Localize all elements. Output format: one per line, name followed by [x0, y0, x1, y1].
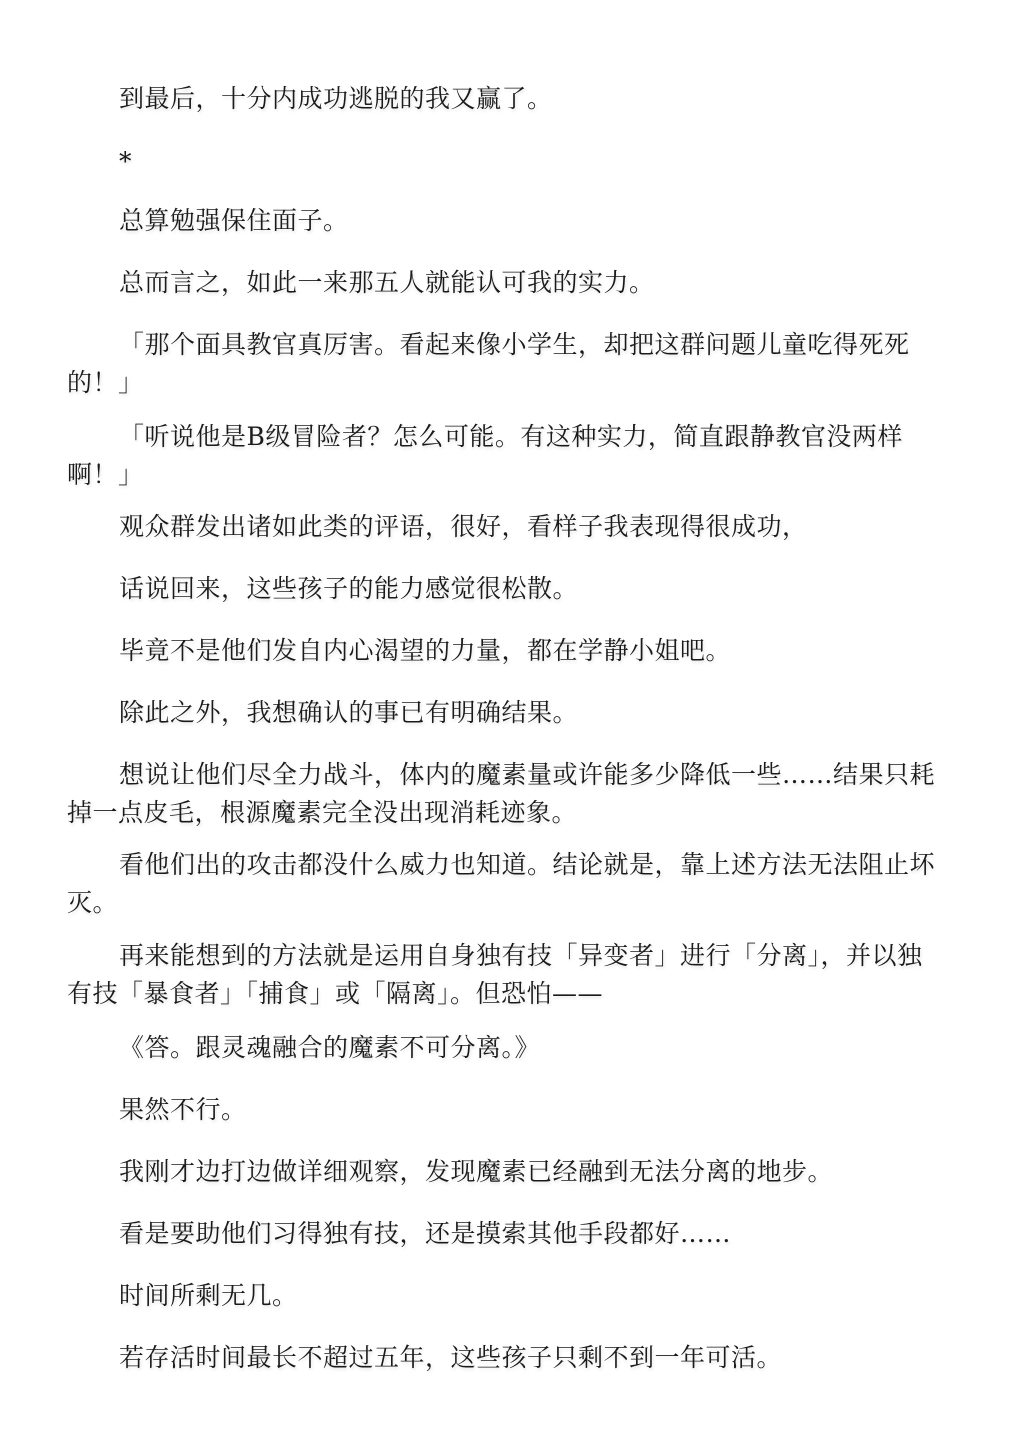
paragraph-13: 看是要助他们习得独有技，还是摸索其他手段都好…… — [67, 1215, 947, 1253]
paragraph-9: 看他们出的攻击都没什么威力也知道。结论就是，靠上述方法无法阻止坏灭。 — [67, 846, 947, 922]
paragraph-6: 毕竟不是他们发自内心渴望的力量，都在学静小姐吧。 — [67, 632, 947, 670]
paragraph-2: 总算勉强保住面子。 — [67, 202, 947, 240]
document-page: 到最后，十分内成功逃脱的我又赢了。 * 总算勉强保住面子。 总而言之，如此一来那… — [0, 0, 1017, 1437]
paragraph-11: 果然不行。 — [67, 1091, 947, 1129]
paragraph-5: 话说回来，这些孩子的能力感觉很松散。 — [67, 570, 947, 608]
dialogue-2: 「听说他是B级冒险者？怎么可能。有这种实力，简直跟静教官没两样啊！」 — [67, 418, 947, 494]
paragraph-8: 想说让他们尽全力战斗，体内的魔素量或许能多少降低一些……结果只耗掉一点皮毛，根源… — [67, 756, 947, 832]
paragraph-4: 观众群发出诸如此类的评语，很好，看样子我表现得很成功， — [67, 508, 947, 546]
paragraph-7: 除此之外，我想确认的事已有明确结果。 — [67, 694, 947, 732]
system-voice-answer: 《答。跟灵魂融合的魔素不可分离。》 — [67, 1029, 947, 1067]
paragraph-12: 我刚才边打边做详细观察，发现魔素已经融到无法分离的地步。 — [67, 1153, 947, 1191]
paragraph-3: 总而言之，如此一来那五人就能认可我的实力。 — [67, 264, 947, 302]
paragraph-10: 再来能想到的方法就是运用自身独有技「异变者」进行「分离」，并以独有技「暴食者」「… — [67, 937, 947, 1013]
dialogue-1: 「那个面具教官真厉害。看起来像小学生，却把这群问题儿童吃得死死的！」 — [67, 326, 947, 402]
paragraph-1: 到最后，十分内成功逃脱的我又赢了。 — [67, 80, 947, 118]
paragraph-15: 若存活时间最长不超过五年，这些孩子只剩不到一年可活。 — [67, 1339, 947, 1377]
paragraph-14: 时间所剩无几。 — [67, 1277, 947, 1315]
section-separator: * — [67, 143, 947, 181]
